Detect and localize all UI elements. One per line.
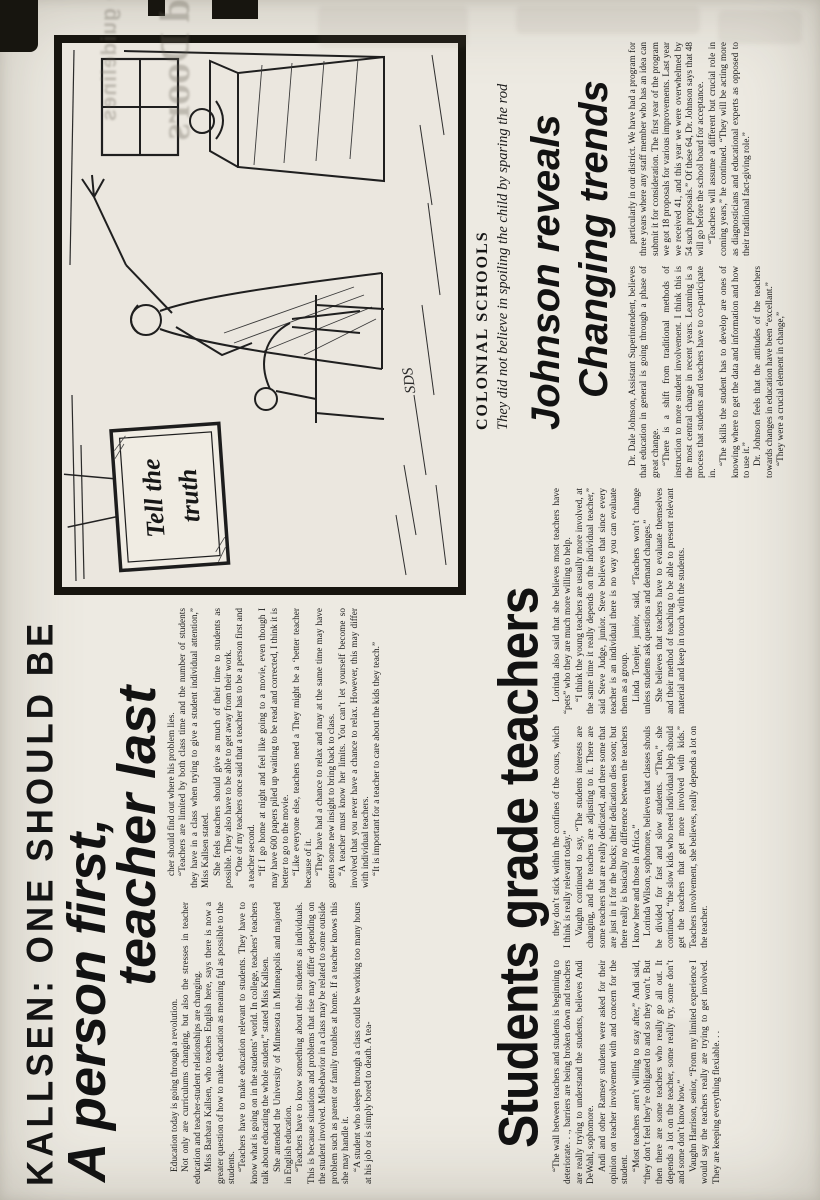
showthrough-smudge [718, 10, 802, 44]
illustration-caption-text: They did not believe in spoiling the chi… [495, 84, 512, 430]
paragraph: She believes that teachers have to evalu… [655, 488, 689, 714]
paragraph: She attended the University of Minnesota… [273, 902, 296, 1184]
ghost-showthrough-headline: Closed Doors [152, 0, 200, 140]
scan-smudge [640, 1020, 700, 1140]
paragraph: “Teachers have to make education relevan… [238, 902, 272, 1184]
paragraph: “If I go home at night and feel like goi… [258, 608, 292, 888]
paragraph: She feels teachers should give as much o… [213, 608, 236, 888]
illustration-caption-title: COLONIAL SCHOOLS [474, 230, 492, 430]
paragraph: “One of my teachers once said that a tea… [235, 608, 258, 888]
paragraph: Education today is going through a revol… [170, 902, 181, 1184]
paragraph: they don’t stick within the confines of … [552, 726, 575, 948]
paragraph: “Teachers have to know something about t… [295, 902, 352, 1184]
floor-hatching [396, 55, 446, 575]
paragraph: “They have had a chance to relax and may… [315, 608, 338, 888]
sign-text-line1: Tell the [136, 458, 170, 539]
paragraph: “It is important for a teacher to care a… [372, 608, 383, 888]
paragraph: “Like everyone else, teachers need a The… [292, 608, 315, 888]
sign-text-line2: truth [173, 468, 206, 523]
johnson-kicker-line2: Changing trends [572, 80, 617, 398]
paragraph: Linda Toenjer, junior, said, “Teachers w… [632, 488, 655, 714]
paragraph: Miss Barbara Kallsen, who teaches Englis… [204, 902, 238, 1184]
kallsen-column-2: cher should find out where his problem l… [167, 608, 483, 888]
artist-signature: SDS [400, 366, 420, 394]
paragraph: Dr. Johnson feels that the attitudes of … [753, 266, 776, 478]
paragraph: Lorinda also said that she believes most… [552, 488, 575, 714]
paragraph: “The skills the student has to develop a… [719, 266, 753, 478]
paragraph: particularly in our district. We have ha… [628, 42, 708, 256]
paragraph: Dr. Dale Johnson, Assistant Superintende… [628, 266, 662, 478]
paragraph: Andi and other Ramsey students were aske… [598, 960, 632, 1184]
paragraph: “I think the young teachers are usually … [575, 488, 632, 714]
paragraph: “Teachers are limited by both class time… [178, 608, 212, 888]
paragraph: Not only are curriculums changing, but a… [181, 902, 204, 1184]
showthrough-smudge [516, 6, 700, 34]
paragraph: “The wall between teachers and students … [552, 960, 598, 1184]
scan-corner-ink-blot [0, 0, 38, 52]
paragraph: cher should find out where his problem l… [167, 608, 178, 888]
students-headline: Students grade teachers [486, 587, 551, 1148]
students-column-3: Lorinda also said that she believes most… [552, 488, 818, 714]
paragraph: “A student who sleeps through a class co… [353, 902, 376, 1184]
students-column-2: they don’t stick within the confines of … [552, 726, 818, 948]
johnson-kicker-line1: Johnson reveals [524, 114, 569, 430]
newspaper-page: KALLSEN: ONE SHOULD BE A person first, t… [0, 0, 820, 1200]
schoolmaster-desk [102, 51, 384, 181]
ghost-showthrough-subline: course guidelines [98, 0, 122, 122]
johnson-column-1: Dr. Dale Johnson, Assistant Superintende… [628, 266, 818, 478]
paragraph: Vaughn continued to say, “The students i… [575, 726, 643, 948]
kallsen-headline-line2: teacher last [106, 686, 168, 986]
student-figure [255, 295, 384, 423]
showthrough-smudge [318, 6, 468, 48]
tell-the-truth-sign: Tell the truth [61, 423, 228, 574]
teacher-figure [82, 175, 382, 369]
paragraph: Lorinda Wilson, sophomore, believes that… [643, 726, 711, 948]
ceiling-sketch-lines [70, 50, 84, 581]
paragraph: “A teacher must know her limits. You can… [338, 608, 372, 888]
kallsen-column-1: Education today is going through a revol… [170, 902, 482, 1184]
johnson-column-2: particularly in our district. We have ha… [628, 42, 818, 256]
scan-edge-mark [212, 0, 258, 19]
paragraph: “They were a crucial element in change,” [776, 266, 787, 478]
scanned-newspaper-rotated: KALLSEN: ONE SHOULD BE A person first, t… [0, 0, 820, 1200]
paragraph: “There is a shift from traditional metho… [662, 266, 719, 478]
paragraph: “Teachers will assume a different but cr… [708, 42, 754, 256]
